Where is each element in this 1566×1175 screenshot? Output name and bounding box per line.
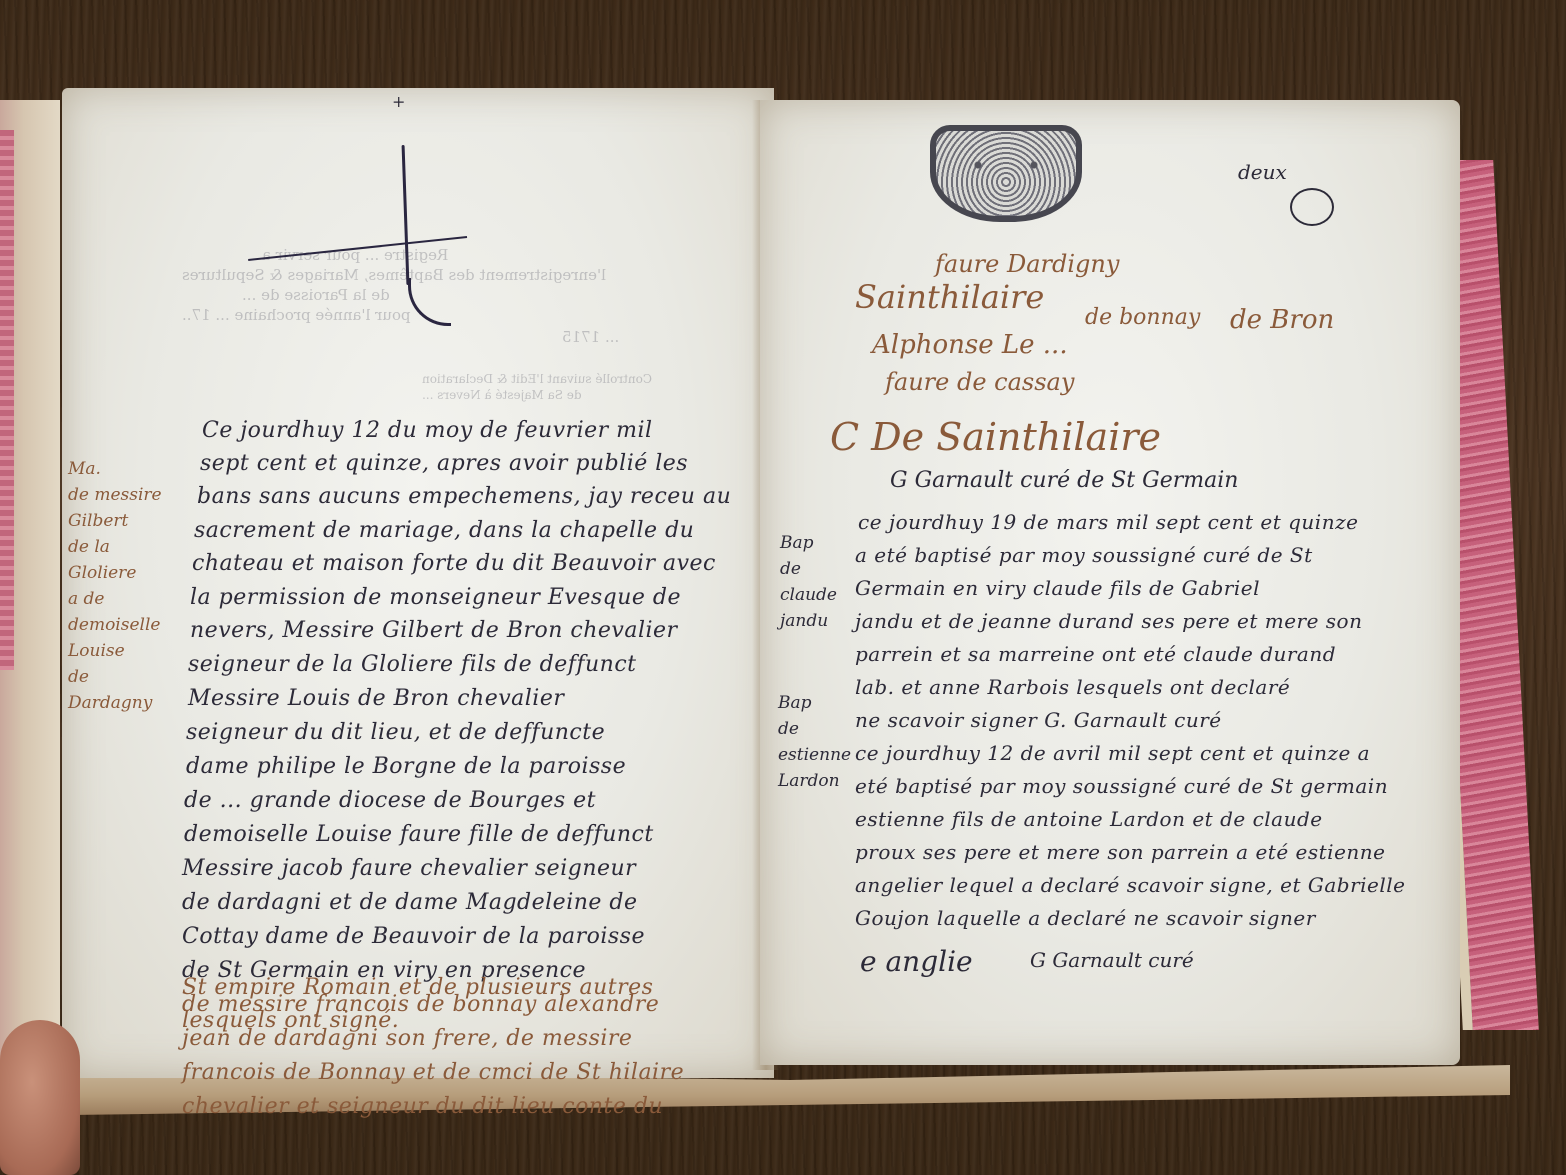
page-number-word: deux	[1238, 160, 1287, 184]
top-cross-mark: +	[392, 92, 405, 111]
ornamental-stamp-icon	[930, 125, 1082, 222]
left-page: + Registre ... pour servir a l'enregistr…	[62, 88, 774, 1078]
margin-note-baptism-1: Bap de claude jandu	[780, 530, 850, 634]
book-cover-marbled-edge-left	[0, 130, 14, 670]
paraph-flourish-icon	[1290, 188, 1334, 226]
margin-note-marriage: Ma. de messire Gilbert de la Gloliere a …	[68, 456, 178, 716]
right-page: deux faure Dardigny Sainthilaire de bonn…	[760, 100, 1460, 1065]
signature-garnault: G Garnault curé	[1030, 948, 1194, 972]
signature-anglier: e anglie	[860, 945, 973, 978]
hand-finger-holding-page	[0, 1020, 80, 1175]
margin-note-baptism-2: Bap de estienne Lardon	[778, 690, 848, 794]
ink-cross-vertical-stroke	[402, 145, 410, 285]
